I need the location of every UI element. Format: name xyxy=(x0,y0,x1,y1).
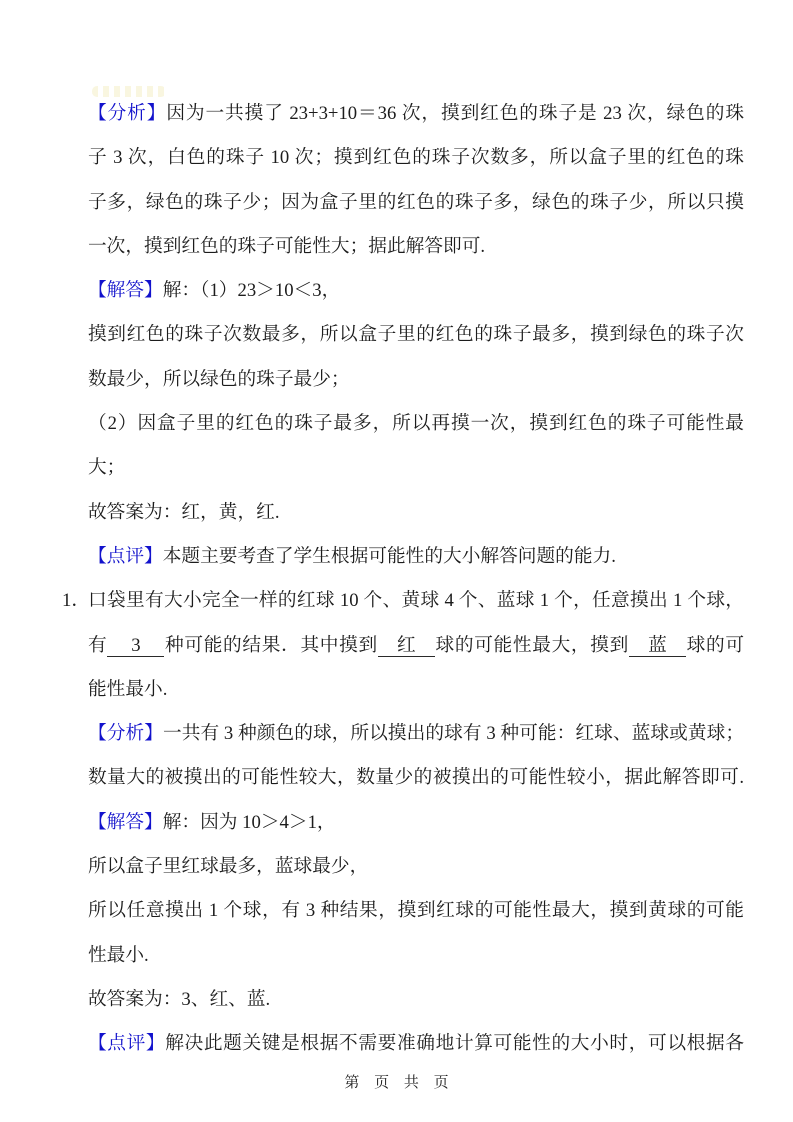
problem1-statement-line-3: 能性最小. xyxy=(88,668,744,712)
line-text: 所以任意摸出 1 个球，有 3 种结果，摸到红球的可能性最大，摸到黄球的可能 xyxy=(88,900,744,921)
line-text: 子多，绿色的珠子少；因为盒子里的红色的珠子多，绿色的珠子少，所以只摸 xyxy=(88,192,744,213)
problem1-analysis-line-1: 【分析】一共有 3 种颜色的球，所以摸出的球有 3 种可能：红球、蓝球或黄球； xyxy=(88,712,744,756)
line-text: 数量大的被摸出的可能性较大，数量少的被摸出的可能性较小，据此解答即可. xyxy=(88,767,744,788)
line-text: 摸到红色的珠子次数最多，所以盒子里的红色的珠子最多，摸到绿色的珠子次 xyxy=(88,324,744,345)
analysis-label: 【分析】 xyxy=(88,103,166,124)
prev-solution-line-5: 大； xyxy=(88,446,744,490)
line-text: 故答案为：红，黄，红. xyxy=(88,502,280,523)
line-text: 能性最小. xyxy=(88,679,167,700)
prev-solution-line-3: 数最少，所以绿色的珠子最少； xyxy=(88,358,744,402)
line-text: 口袋里有大小完全一样的红球 10 个、黄球 4 个、蓝球 1 个，任意摸出 1 … xyxy=(88,590,744,611)
document-page: 【分析】因为一共摸了 23+3+10＝36 次，摸到红色的珠子是 23 次，绿色… xyxy=(0,0,793,1122)
line-text: 本题主要考查了学生根据可能性的大小解答问题的能力. xyxy=(163,546,616,567)
answer-blank-most-likely: 红 xyxy=(378,635,435,658)
line-text: 数最少，所以绿色的珠子最少； xyxy=(88,369,350,390)
prev-solution-line-6: 故答案为：红，黄，红. xyxy=(88,491,744,535)
review-label: 【点评】 xyxy=(88,1033,165,1054)
prev-review-line: 【点评】本题主要考查了学生根据可能性的大小解答问题的能力. xyxy=(88,535,744,579)
prev-solution-line-1: 【解答】解：（1）23＞10＜3， xyxy=(88,269,744,313)
problem1-solution-line-5: 故答案为：3、红、蓝. xyxy=(88,978,744,1022)
problem1-solution-line-3: 所以任意摸出 1 个球，有 3 种结果，摸到红球的可能性最大，摸到黄球的可能 xyxy=(88,889,744,933)
analysis-label: 【分析】 xyxy=(88,723,163,744)
page-footer: 第 页 共 页 xyxy=(0,1072,793,1094)
line-text: 故答案为：3、红、蓝. xyxy=(88,989,270,1010)
prev-analysis-line-3: 子多，绿色的珠子少；因为盒子里的红色的珠子多，绿色的珠子少，所以只摸 xyxy=(88,181,744,225)
problem1-review-line: 【点评】解决此题关键是根据不需要准确地计算可能性的大小时，可以根据各 xyxy=(88,1022,744,1066)
line-text: 所以盒子里红球最多，蓝球最少， xyxy=(88,856,368,877)
document-content: 【分析】因为一共摸了 23+3+10＝36 次，摸到红色的珠子是 23 次，绿色… xyxy=(88,92,744,1067)
prev-solution-line-2: 摸到红色的珠子次数最多，所以盒子里的红色的珠子最多，摸到绿色的珠子次 xyxy=(88,313,744,357)
prev-analysis-line-1: 【分析】因为一共摸了 23+3+10＝36 次，摸到红色的珠子是 23 次，绿色… xyxy=(88,92,744,136)
problem1-solution-line-4: 性最小. xyxy=(88,934,744,978)
review-label: 【点评】 xyxy=(88,546,163,567)
line-text: 种可能的结果．其中摸到 xyxy=(164,635,377,656)
line-text: 子 3 次，白色的珠子 10 次；摸到红色的珠子次数多，所以盒子里的红色的珠 xyxy=(88,147,744,168)
problem1-solution-line-1: 【解答】解：因为 10＞4＞1， xyxy=(88,801,744,845)
line-text: （2）因盒子里的红色的珠子最多，所以再摸一次，摸到红色的珠子可能性最 xyxy=(88,413,744,434)
prev-analysis-line-4: 一次，摸到红色的珠子可能性大；据此解答即可. xyxy=(88,225,744,269)
problem-number: 1． xyxy=(62,579,90,623)
problem1-solution-line-2: 所以盒子里红球最多，蓝球最少， xyxy=(88,845,744,889)
problem1-statement-line-2: 有3种可能的结果．其中摸到红球的可能性最大，摸到蓝球的可 xyxy=(88,624,744,668)
line-text: 因为一共摸了 23+3+10＝36 次，摸到红色的珠子是 23 次，绿色的珠 xyxy=(166,103,744,124)
line-text: 性最小. xyxy=(88,945,149,966)
line-text: 球的可能性最大，摸到 xyxy=(435,635,629,656)
solution-label: 【解答】 xyxy=(88,280,163,301)
line-text: 球的可 xyxy=(686,635,744,656)
line-text: 一次，摸到红色的珠子可能性大；据此解答即可. xyxy=(88,236,485,257)
prev-analysis-line-2: 子 3 次，白色的珠子 10 次；摸到红色的珠子次数多，所以盒子里的红色的珠 xyxy=(88,136,744,180)
line-text: 解：因为 10＞4＞1， xyxy=(163,812,336,833)
line-text: 解决此题关键是根据不需要准确地计算可能性的大小时，可以根据各 xyxy=(165,1033,744,1054)
answer-blank-least-likely: 蓝 xyxy=(629,635,686,658)
line-text: 一共有 3 种颜色的球，所以摸出的球有 3 种可能：红球、蓝球或黄球； xyxy=(163,723,744,744)
line-text: 有 xyxy=(88,635,107,656)
answer-blank-count: 3 xyxy=(107,635,164,658)
solution-label: 【解答】 xyxy=(88,812,163,833)
line-text: 解：（1）23＞10＜3， xyxy=(163,280,341,301)
problem1-analysis-line-2: 数量大的被摸出的可能性较大，数量少的被摸出的可能性较小，据此解答即可. xyxy=(88,756,744,800)
prev-solution-line-4: （2）因盒子里的红色的珠子最多，所以再摸一次，摸到红色的珠子可能性最 xyxy=(88,402,744,446)
problem1-statement-line-1: 1．口袋里有大小完全一样的红球 10 个、黄球 4 个、蓝球 1 个，任意摸出 … xyxy=(88,579,744,623)
line-text: 大； xyxy=(88,457,125,478)
